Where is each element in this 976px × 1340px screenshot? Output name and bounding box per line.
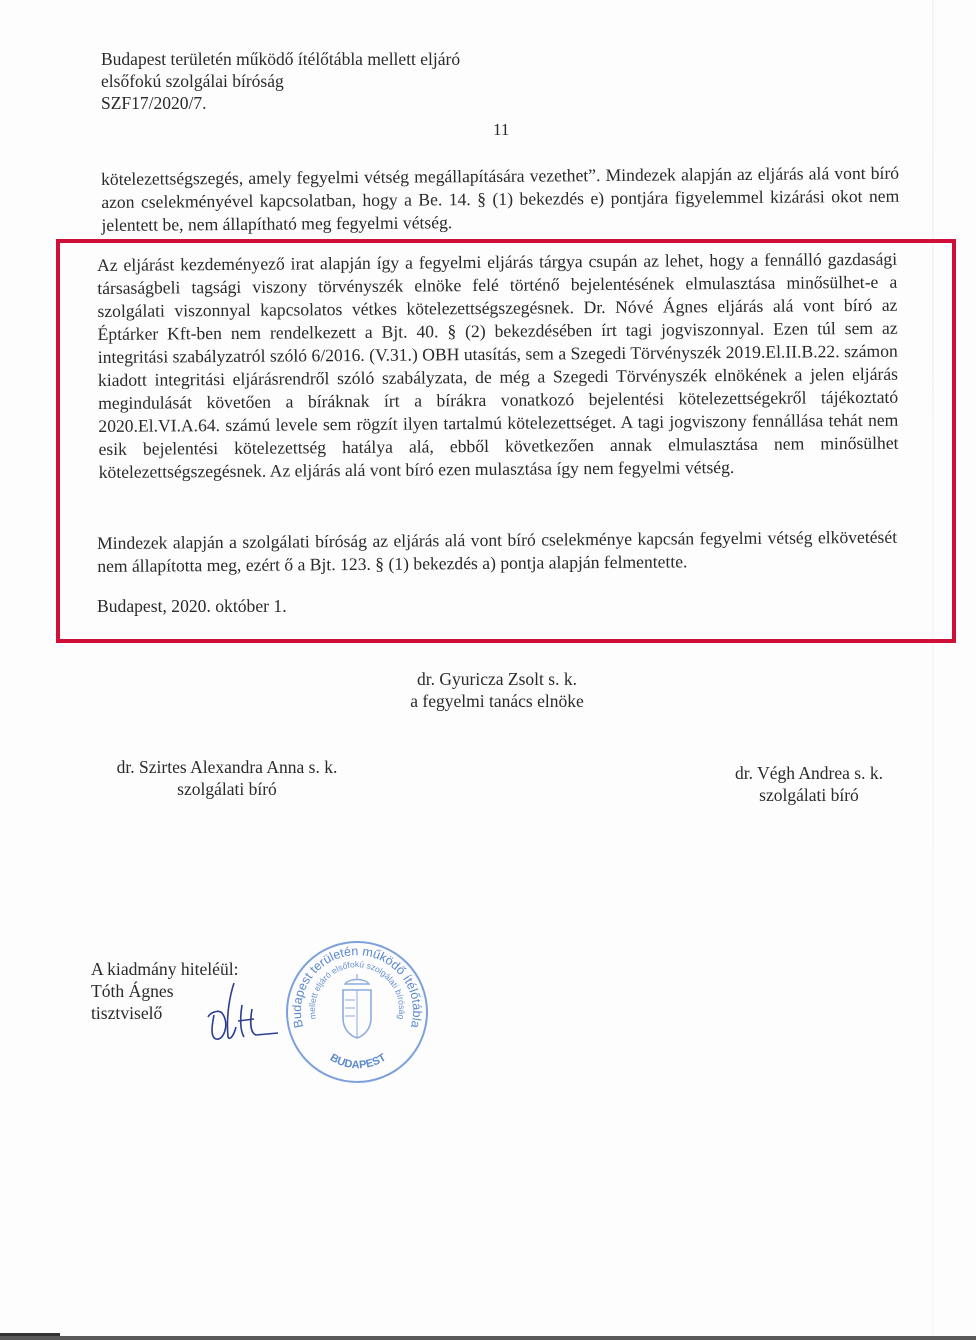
- right-judge-name: dr. Végh Andrea s. k.: [716, 762, 902, 784]
- left-judge-role: szolgálati bíró: [92, 778, 362, 800]
- scan-bottom-edge: [0, 1336, 976, 1340]
- official-seal-stamp-icon: Budapest területén működő ítélőtábla mel…: [283, 938, 431, 1086]
- handwritten-signature-icon: [200, 975, 280, 1045]
- court-name-line2: elsőfokú szolgálai bíróság: [101, 70, 460, 92]
- paragraph-conclusion-prior: kötelezettségszegés, amely fegyelmi véts…: [101, 162, 900, 237]
- svg-text:BUDAPEST: BUDAPEST: [328, 1052, 389, 1072]
- paragraph-highlighted-verdict: Mindezek alapján a szolgálati bíróság az…: [97, 526, 897, 578]
- scan-edge: [932, 0, 934, 1340]
- chair-name: dr. Gyuricza Zsolt s. k.: [392, 668, 602, 690]
- paragraph-highlighted-reasoning: Az eljárást kezdeményező irat alapján íg…: [97, 248, 899, 484]
- document-page: Budapest területén működő ítélőtábla mel…: [0, 0, 976, 1340]
- court-name-line1: Budapest területén működő ítélőtábla mel…: [101, 48, 460, 70]
- coat-of-arms-icon: [343, 974, 371, 1038]
- right-judge-role: szolgálati bíró: [716, 784, 902, 806]
- document-header: Budapest területén működő ítélőtábla mel…: [101, 48, 460, 114]
- chair-role: a fegyelmi tanács elnöke: [392, 690, 602, 712]
- left-judge-name: dr. Szirtes Alexandra Anna s. k.: [92, 756, 362, 778]
- place-and-date: Budapest, 2020. október 1.: [97, 596, 287, 617]
- signature-block-left-judge: dr. Szirtes Alexandra Anna s. k. szolgál…: [92, 756, 362, 800]
- signature-block-chair: dr. Gyuricza Zsolt s. k. a fegyelmi taná…: [392, 668, 602, 712]
- page-number: 11: [493, 120, 509, 140]
- signature-block-right-judge: dr. Végh Andrea s. k. szolgálati bíró: [716, 762, 902, 806]
- case-number: SZF17/2020/7.: [101, 92, 460, 114]
